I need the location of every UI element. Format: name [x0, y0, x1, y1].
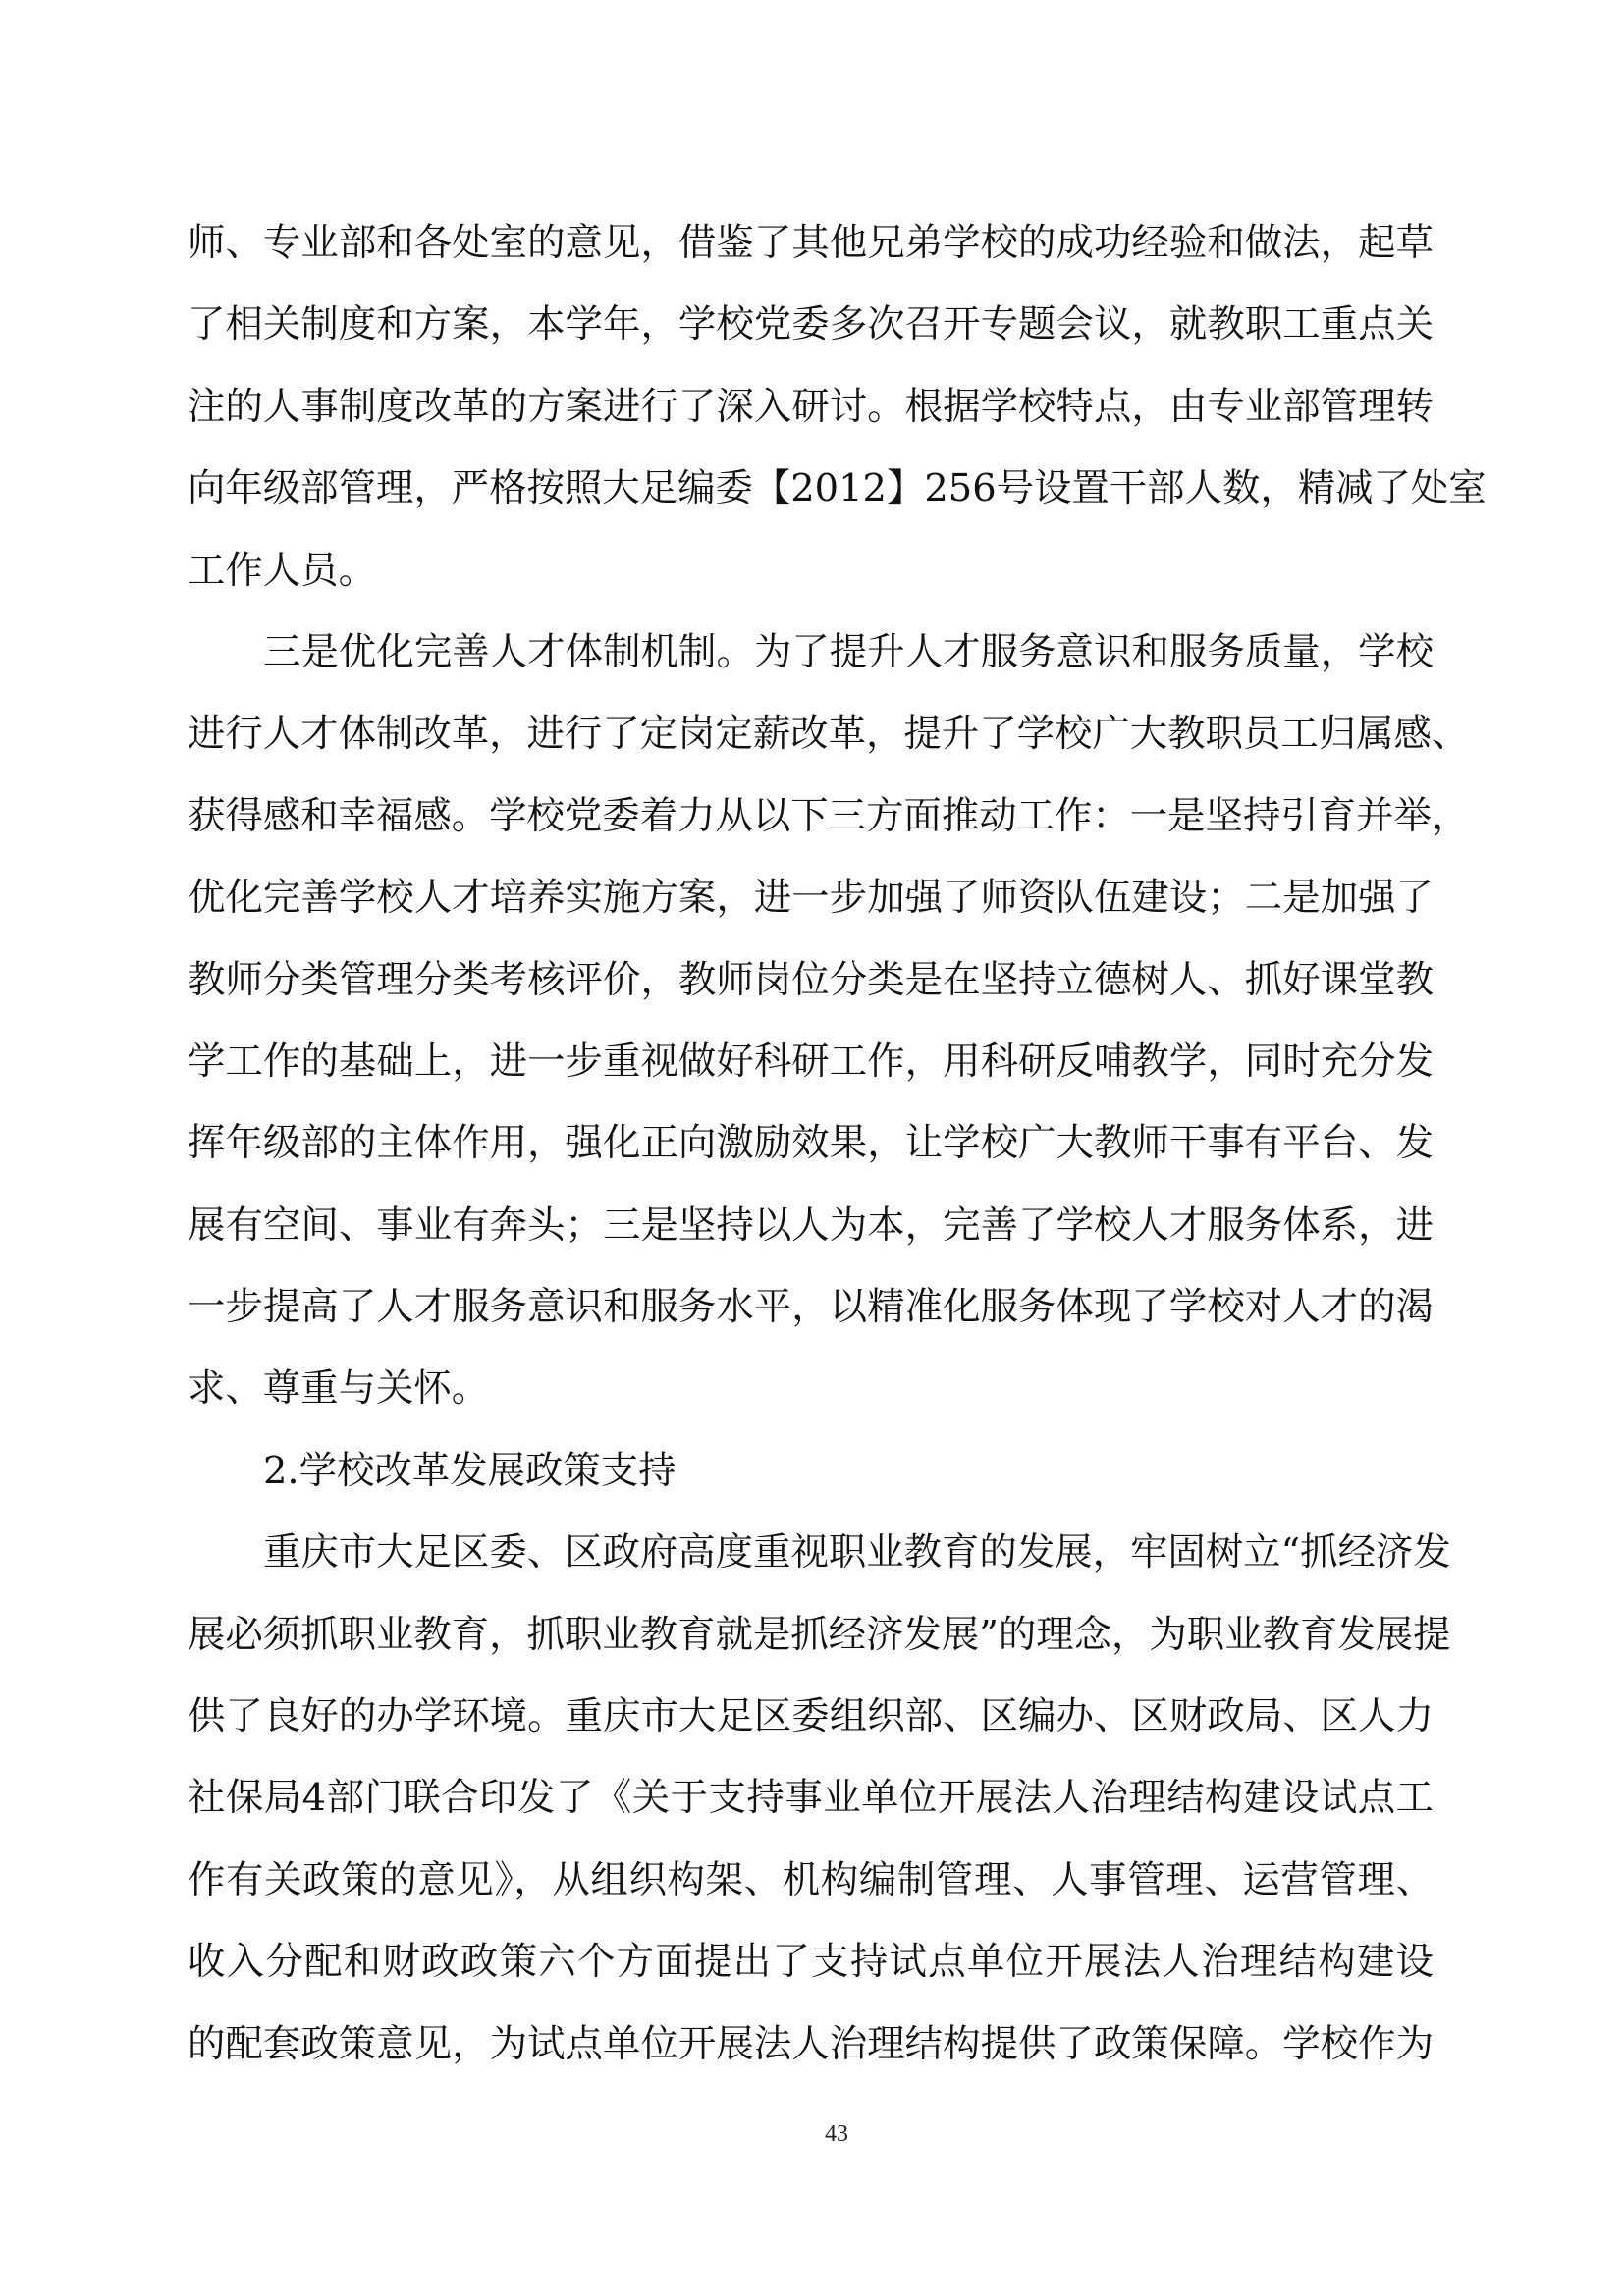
page-number: 43	[815, 2120, 858, 2148]
paragraph-talent-system: 三是优化完善人才体制机制。为了提升人才服务意识和服务质量，学校 进行人才体制改革…	[188, 612, 1434, 1430]
text-line: 重庆市大足区委、区政府高度重视职业教育的发展，牢固树立“抓经济发	[188, 1512, 1434, 1593]
text-line: 一步提高了人才服务意识和服务水平，以精准化服务体现了学校对人才的渴	[188, 1266, 1434, 1348]
text-line: 向年级部管理，严格按照大足编委【2012】256号设置干部人数，精减了处室	[188, 448, 1434, 529]
text-line: 作有关政策的意见》，从组织构架、机构编制管理、人事管理、运营管理、	[188, 1840, 1434, 1921]
text-line: 展有空间、事业有奔头；三是坚持以人为本，完善了学校人才服务体系，进	[188, 1185, 1434, 1266]
document-body: 师、专业部和各处室的意见，借鉴了其他兄弟学校的成功经验和做法，起草 了相关制度和…	[188, 202, 1434, 2085]
text-line: 社保局4部门联合印发了《关于支持事业单位开展法人治理结构建设试点工	[188, 1757, 1434, 1839]
text-line: 进行人才体制改革，进行了定岗定薪改革，提升了学校广大教职员工归属感、	[188, 693, 1434, 774]
text-line: 优化完善学校人才培养实施方案，进一步加强了师资队伍建设；二是加强了	[188, 857, 1434, 938]
paragraph-personnel-reform-continued: 师、专业部和各处室的意见，借鉴了其他兄弟学校的成功经验和做法，起草 了相关制度和…	[188, 202, 1434, 612]
text-line: 挥年级部的主体作用，强化正向激励效果，让学校广大教师干事有平台、发	[188, 1102, 1434, 1184]
text-line: 收入分配和财政政策六个方面提出了支持试点单位开展法人治理结构建设	[188, 1921, 1434, 2002]
text-line: 获得感和幸福感。学校党委着力从以下三方面推动工作：一是坚持引育并举，	[188, 775, 1434, 857]
text-line: 工作人员。	[188, 530, 1434, 612]
section-heading-text: 2.学校改革发展政策支持	[188, 1430, 1434, 1512]
text-line: 求、尊重与关怀。	[188, 1348, 1434, 1429]
section-heading: 2.学校改革发展政策支持	[188, 1430, 1434, 1512]
text-line: 学工作的基础上，进一步重视做好科研工作，用科研反哺教学，同时充分发	[188, 1021, 1434, 1102]
text-line: 三是优化完善人才体制机制。为了提升人才服务意识和服务质量，学校	[188, 612, 1434, 693]
text-line: 师、专业部和各处室的意见，借鉴了其他兄弟学校的成功经验和做法，起草	[188, 202, 1434, 284]
text-line: 教师分类管理分类考核评价，教师岗位分类是在坚持立德树人、抓好课堂教	[188, 939, 1434, 1021]
paragraph-policy-support: 重庆市大足区委、区政府高度重视职业教育的发展，牢固树立“抓经济发 展必须抓职业教…	[188, 1512, 1434, 2085]
text-line: 供了良好的办学环境。重庆市大足区委组织部、区编办、区财政局、区人力	[188, 1676, 1434, 1757]
text-line: 了相关制度和方案，本学年，学校党委多次召开专题会议，就教职工重点关	[188, 284, 1434, 365]
text-line: 注的人事制度改革的方案进行了深入研讨。根据学校特点，由专业部管理转	[188, 366, 1434, 448]
text-line: 的配套政策意见，为试点单位开展法人治理结构提供了政策保障。学校作为	[188, 2003, 1434, 2085]
text-line: 展必须抓职业教育，抓职业教育就是抓经济发展”的理念，为职业教育发展提	[188, 1594, 1434, 1676]
